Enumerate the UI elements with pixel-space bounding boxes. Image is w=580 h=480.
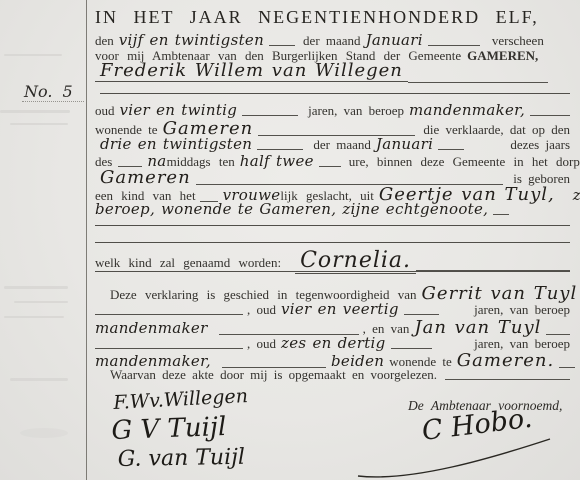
printed-naming-label: welk kind zal genaamd worden:: [95, 255, 281, 271]
hand-occupation: mandenmaker,: [404, 101, 530, 119]
horizontal-rule: [100, 93, 570, 94]
blank-rule: [391, 348, 433, 349]
hand-mother-occupation-2: beroep, wonende te Gameren, zijne echtge…: [95, 200, 493, 218]
signature-declarant: F.Wv.Willegen: [113, 385, 249, 414]
blank-rule: [445, 379, 570, 380]
printed-closing: Waarvan deze akte door mij is opgemaakt …: [95, 367, 437, 383]
horizontal-rule: [95, 225, 570, 226]
blank-rule: [242, 115, 298, 116]
bleedthrough-mark: [4, 286, 68, 289]
hand-month: Januari: [361, 31, 428, 49]
printed-der-maand: der maand: [295, 33, 361, 49]
printed-jaren-beroep: jaren, van beroep: [298, 103, 404, 119]
printed-den: den: [95, 33, 114, 49]
line-declarant-age: oud vier en twintig jaren, van beroep ma…: [95, 101, 570, 119]
hand-birth-month: Januari: [371, 135, 438, 153]
line-witness1-age: , oud vier en veertig jaren, van beroep: [95, 300, 570, 318]
hand-birth-day: drie en twintigsten: [95, 135, 257, 153]
bleedthrough-mark: [14, 301, 68, 303]
act-number-baseline: [22, 101, 84, 102]
blank-rule: [428, 45, 480, 46]
bleedthrough-mark: [0, 110, 70, 113]
bleedthrough-mark: [10, 123, 68, 125]
bleedthrough-mark: [4, 316, 64, 318]
hand-declarant-name: Frederik Willem van Willegen: [95, 60, 408, 82]
line-mother-details: beroep, wonende te Gameren, zijne echtge…: [95, 200, 570, 218]
blank-rule: [530, 115, 570, 116]
printed-oud-1: , oud: [243, 302, 276, 318]
act-number-label: No.: [24, 82, 52, 101]
blank-rule: [269, 45, 295, 46]
blank-rule: [95, 314, 243, 315]
blank-rule: [438, 149, 464, 150]
line-closing: Waarvan deze akte door mij is opgemaakt …: [95, 367, 570, 383]
line-birth-date: drie en twintigsten der maand Januari de…: [95, 135, 570, 153]
line-date: den vijf en twintigsten der maand Januar…: [95, 31, 570, 49]
line-declarant-name: Frederik Willem van Willegen: [95, 60, 570, 86]
act-number-value: 5: [62, 82, 72, 101]
horizontal-rule: [95, 242, 570, 243]
act-number: No.5: [24, 82, 73, 101]
hand-age: vier en twintig: [115, 101, 243, 119]
printed-verscheen: verscheen: [480, 33, 544, 49]
signature-flourish: [352, 436, 557, 480]
birth-certificate-scan: No.5 IN HET JAAR NEGENTIENHONDERD ELF, d…: [0, 0, 580, 480]
hand-witness1-age: vier en veertig: [276, 300, 404, 318]
bleedthrough-mark: [20, 428, 68, 438]
signature-witness1: G V Tuijl: [111, 412, 227, 446]
printed-der-maand-2: der maand: [303, 137, 371, 153]
printed-jaren-beroep-1: jaren, van beroep: [474, 302, 570, 318]
blank-rule: [408, 82, 548, 83]
blank-rule: [257, 149, 303, 150]
blank-rule: [95, 348, 243, 349]
blank-rule: [404, 314, 439, 315]
horizontal-rule: [95, 271, 570, 272]
bleedthrough-mark: [10, 378, 68, 381]
hand-day: vijf en twintigsten: [114, 31, 269, 49]
document-title: IN HET JAAR NEGENTIENHONDERD ELF,: [95, 7, 539, 28]
printed-oud: oud: [95, 103, 115, 119]
bleedthrough-mark: [4, 54, 62, 56]
margin-rule: [86, 0, 87, 480]
printed-dezes-jaars: dezes jaars: [510, 137, 570, 153]
blank-rule: [493, 214, 509, 215]
signature-witness2: G. van Tuijl: [118, 445, 246, 472]
